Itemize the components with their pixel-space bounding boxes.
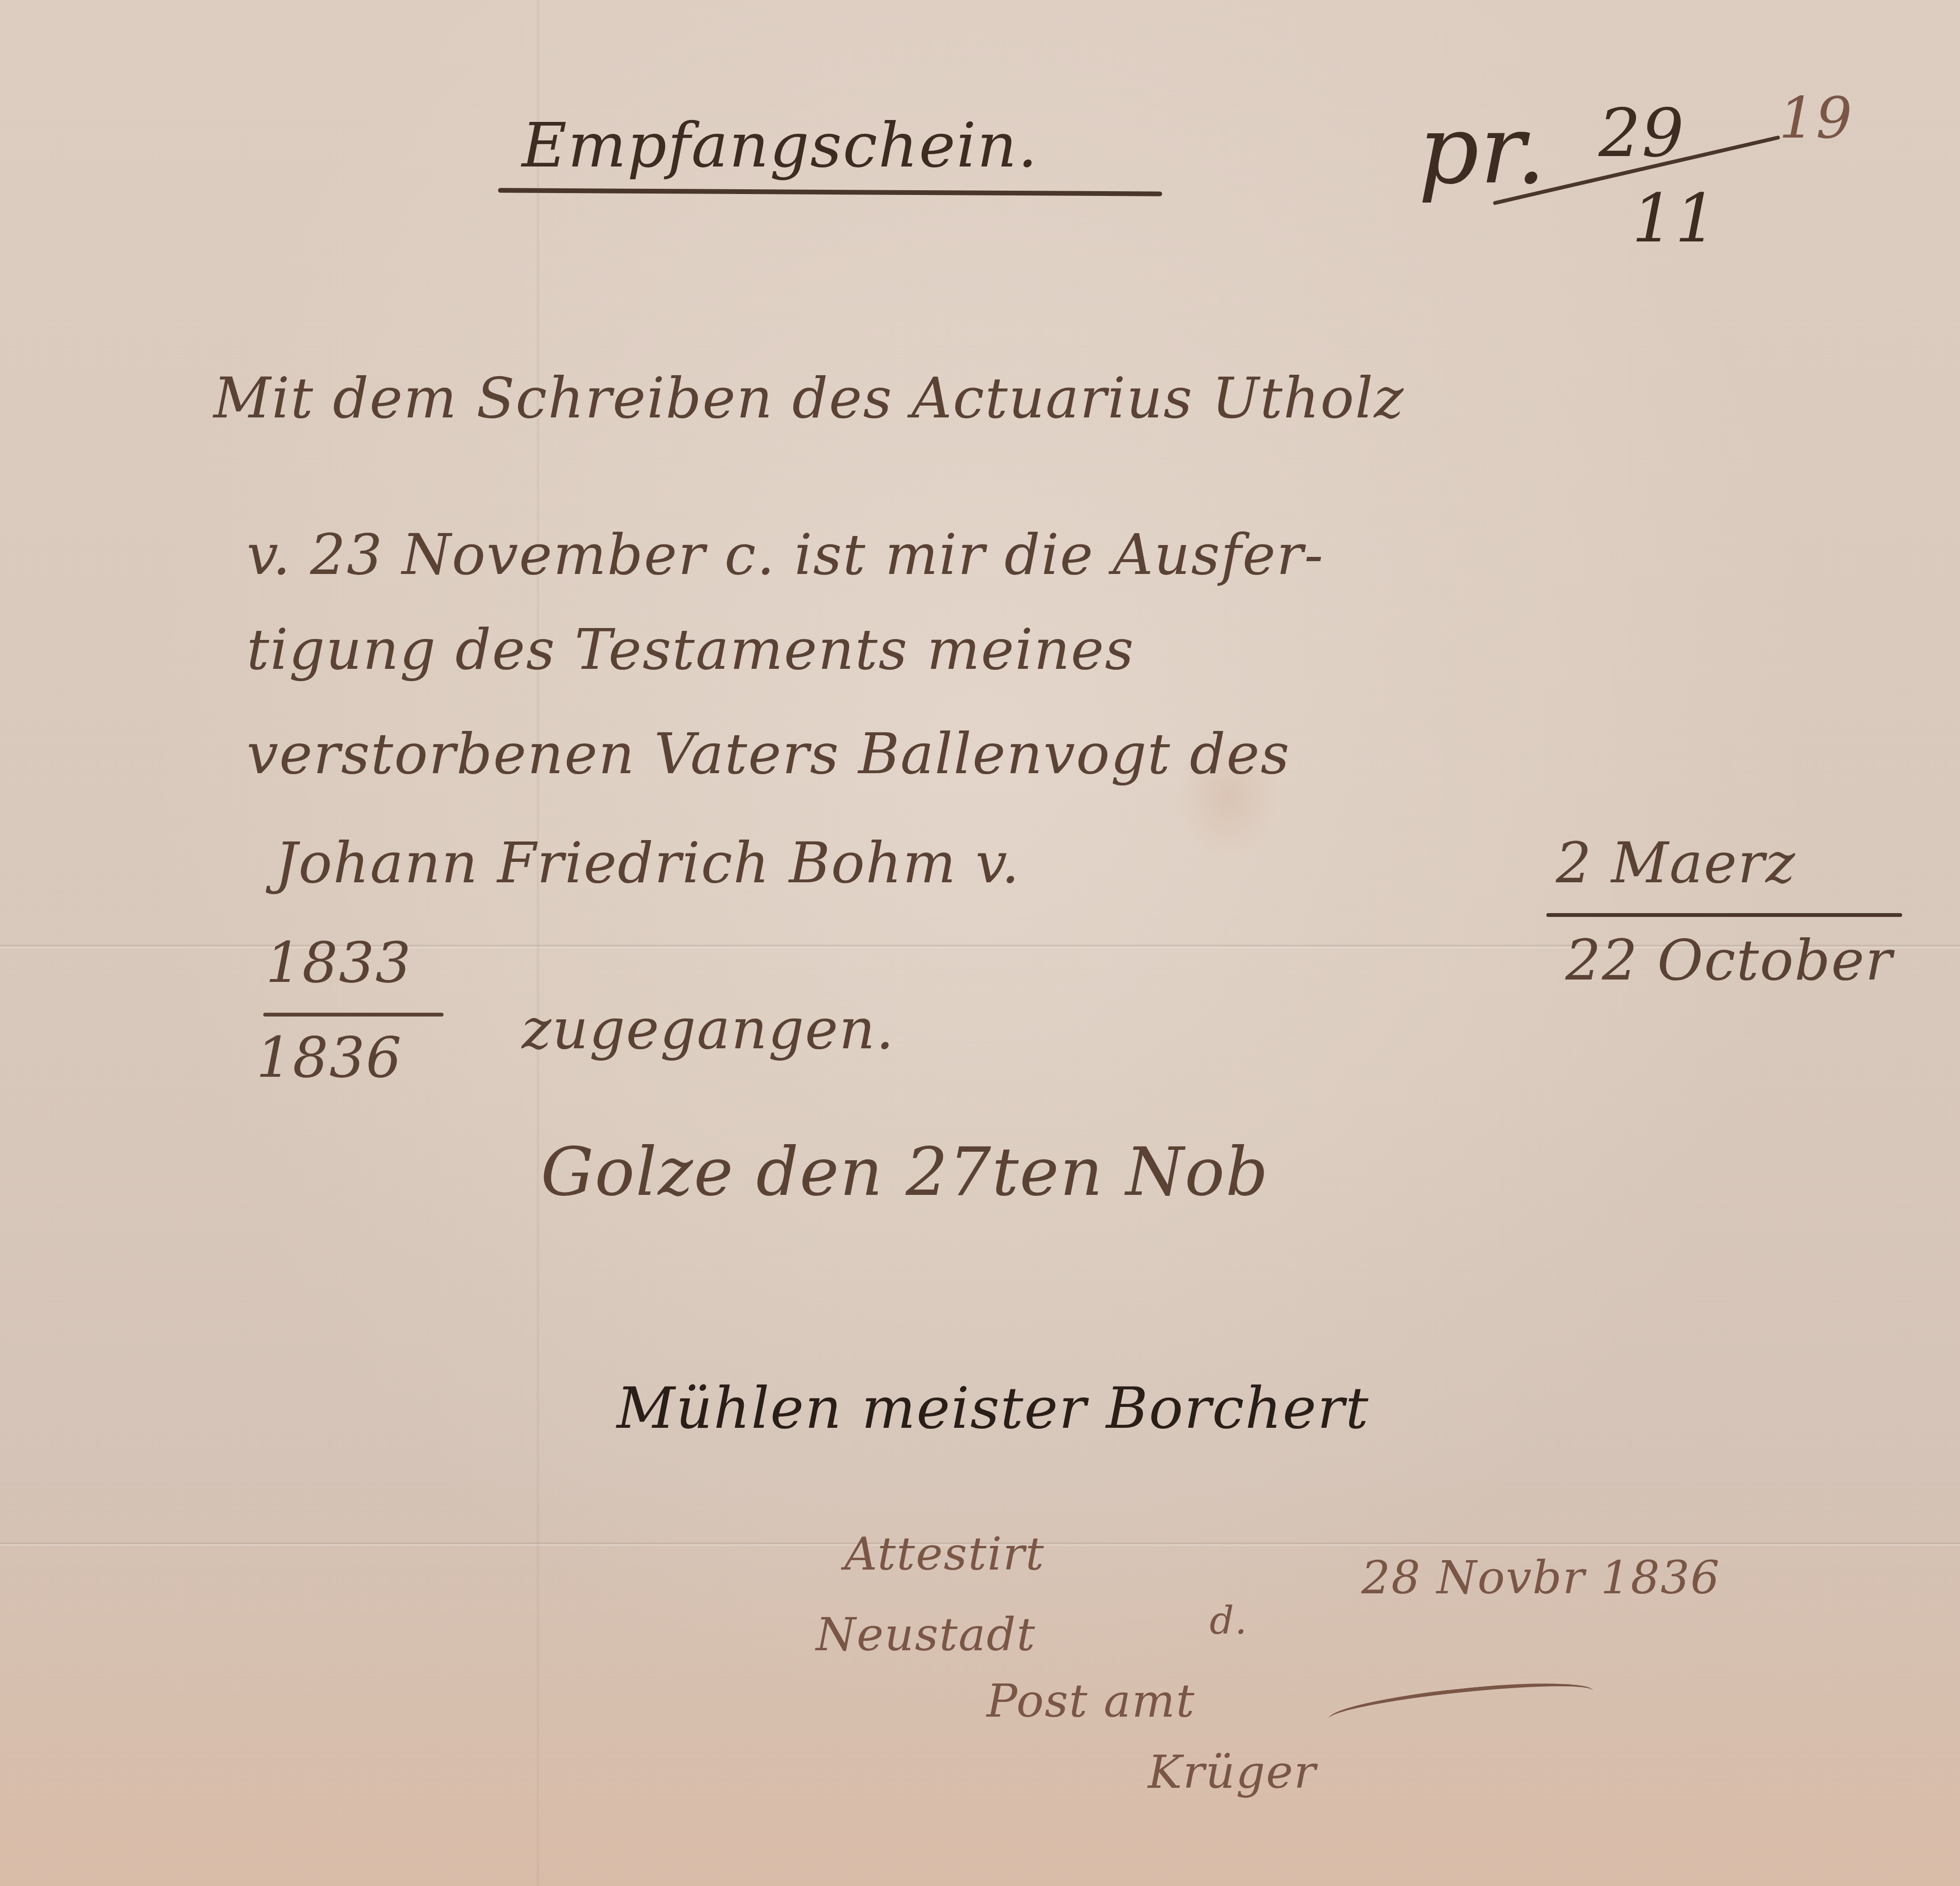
body-line-4: verstorbenen Vaters Ballenvogt des [247, 721, 1290, 786]
attestation-flourish [1327, 1675, 1595, 1735]
attestation-line-3: Post amt [987, 1674, 1195, 1728]
place-and-date: Golze den 27ten Nob [541, 1134, 1269, 1211]
body-line-2: v. 23 November c. ist mir die Ausfer- [247, 522, 1324, 587]
folio-number: 19 [1779, 85, 1853, 151]
body-line-5: Johann Friedrich Bohm v. [275, 830, 1020, 896]
signature: Mühlen meister Borchert [617, 1376, 1369, 1442]
year-fraction-rule [263, 1013, 444, 1017]
attestation-date: 28 Novbr 1836 [1361, 1551, 1720, 1604]
date-fraction-denominator: 22 October [1565, 927, 1893, 993]
document-sheet: Empfangschein. pr. 29 11 19 Mit dem Schr… [0, 0, 1960, 1886]
attestation-line-1: Attestirt [844, 1527, 1045, 1581]
reference-prefix: pr. [1418, 95, 1547, 205]
reference-denominator: 11 [1632, 180, 1718, 258]
fold-crease-vertical [536, 0, 540, 1886]
title-underline [498, 188, 1162, 196]
year-fraction-denominator: 1836 [256, 1025, 402, 1090]
date-fraction-rule [1546, 913, 1902, 917]
body-line-1: Mit dem Schreiben des Actuarius Utholz [213, 365, 1405, 431]
year-fraction-numerator: 1833 [266, 930, 412, 995]
body-line-3: tigung des Testaments meines [247, 617, 1135, 682]
attestation-subnote: d. [1210, 1599, 1248, 1643]
attestation-line-2: Neustadt [816, 1608, 1036, 1661]
date-fraction-numerator: 2 Maerz [1556, 830, 1796, 896]
body-closing: zugegangen. [522, 996, 895, 1062]
attestation-signature: Krüger [1148, 1746, 1317, 1799]
document-title: Empfangschein. [522, 109, 1038, 181]
